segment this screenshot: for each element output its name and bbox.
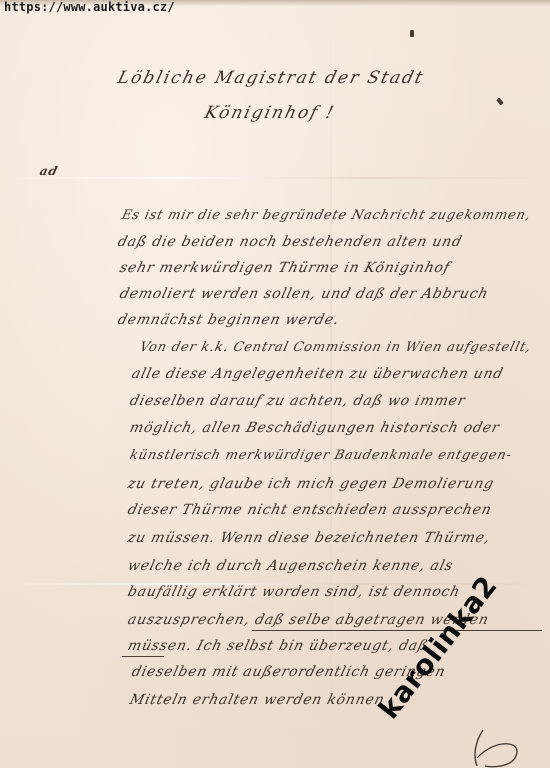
body-line: Mitteln erhalten werden können xyxy=(128,692,386,708)
address-line-2: Königinhof ! xyxy=(203,103,338,123)
address-line-1: Löbliche Magistrat der Stadt xyxy=(116,68,427,88)
body-line: dieselben darauf zu achten, daß wo immer xyxy=(128,393,467,409)
ink-mark xyxy=(410,30,414,37)
body-line: zu müssen. Wenn diese bezeichneten Thürm… xyxy=(126,530,492,546)
body-line: demoliert werden sollen, und daß der Abb… xyxy=(118,286,490,302)
signature-flourish xyxy=(455,728,535,768)
body-line: zu treten, glaube ich mich gegen Demolie… xyxy=(126,476,496,492)
body-line: daß die beiden noch bestehenden alten un… xyxy=(116,234,464,250)
body-line: müssen. Ich selbst bin überzeugt, daß xyxy=(126,638,430,654)
body-line: sehr merkwürdigen Thürme in Königinhof xyxy=(118,260,452,276)
body-line: Es ist mir die sehr begründete Nachricht… xyxy=(120,208,532,223)
body-line: alle diese Angelegenheiten zu überwachen… xyxy=(130,366,505,382)
body-line: baufällig erklärt worden sind, ist denno… xyxy=(126,584,462,600)
source-url-watermark: https://www.auktiva.cz/ xyxy=(4,0,175,14)
body-line: demnächst beginnen werde. xyxy=(116,312,341,328)
underline-stroke xyxy=(122,656,164,657)
body-line: möglich, allen Beschädigungen historisch… xyxy=(128,420,501,436)
body-line: welche ich durch Augenschein kenne, als xyxy=(126,558,455,574)
body-line: Von der k.k. Central Commission in Wien … xyxy=(138,340,533,355)
margin-note: ad xyxy=(38,164,59,178)
underline-stroke xyxy=(252,630,542,631)
paper-fold-line xyxy=(0,177,550,179)
body-line: künstlerisch merkwürdiger Baudenkmale en… xyxy=(128,448,513,463)
body-line: dieser Thürme nicht entschieden aussprec… xyxy=(126,502,494,518)
